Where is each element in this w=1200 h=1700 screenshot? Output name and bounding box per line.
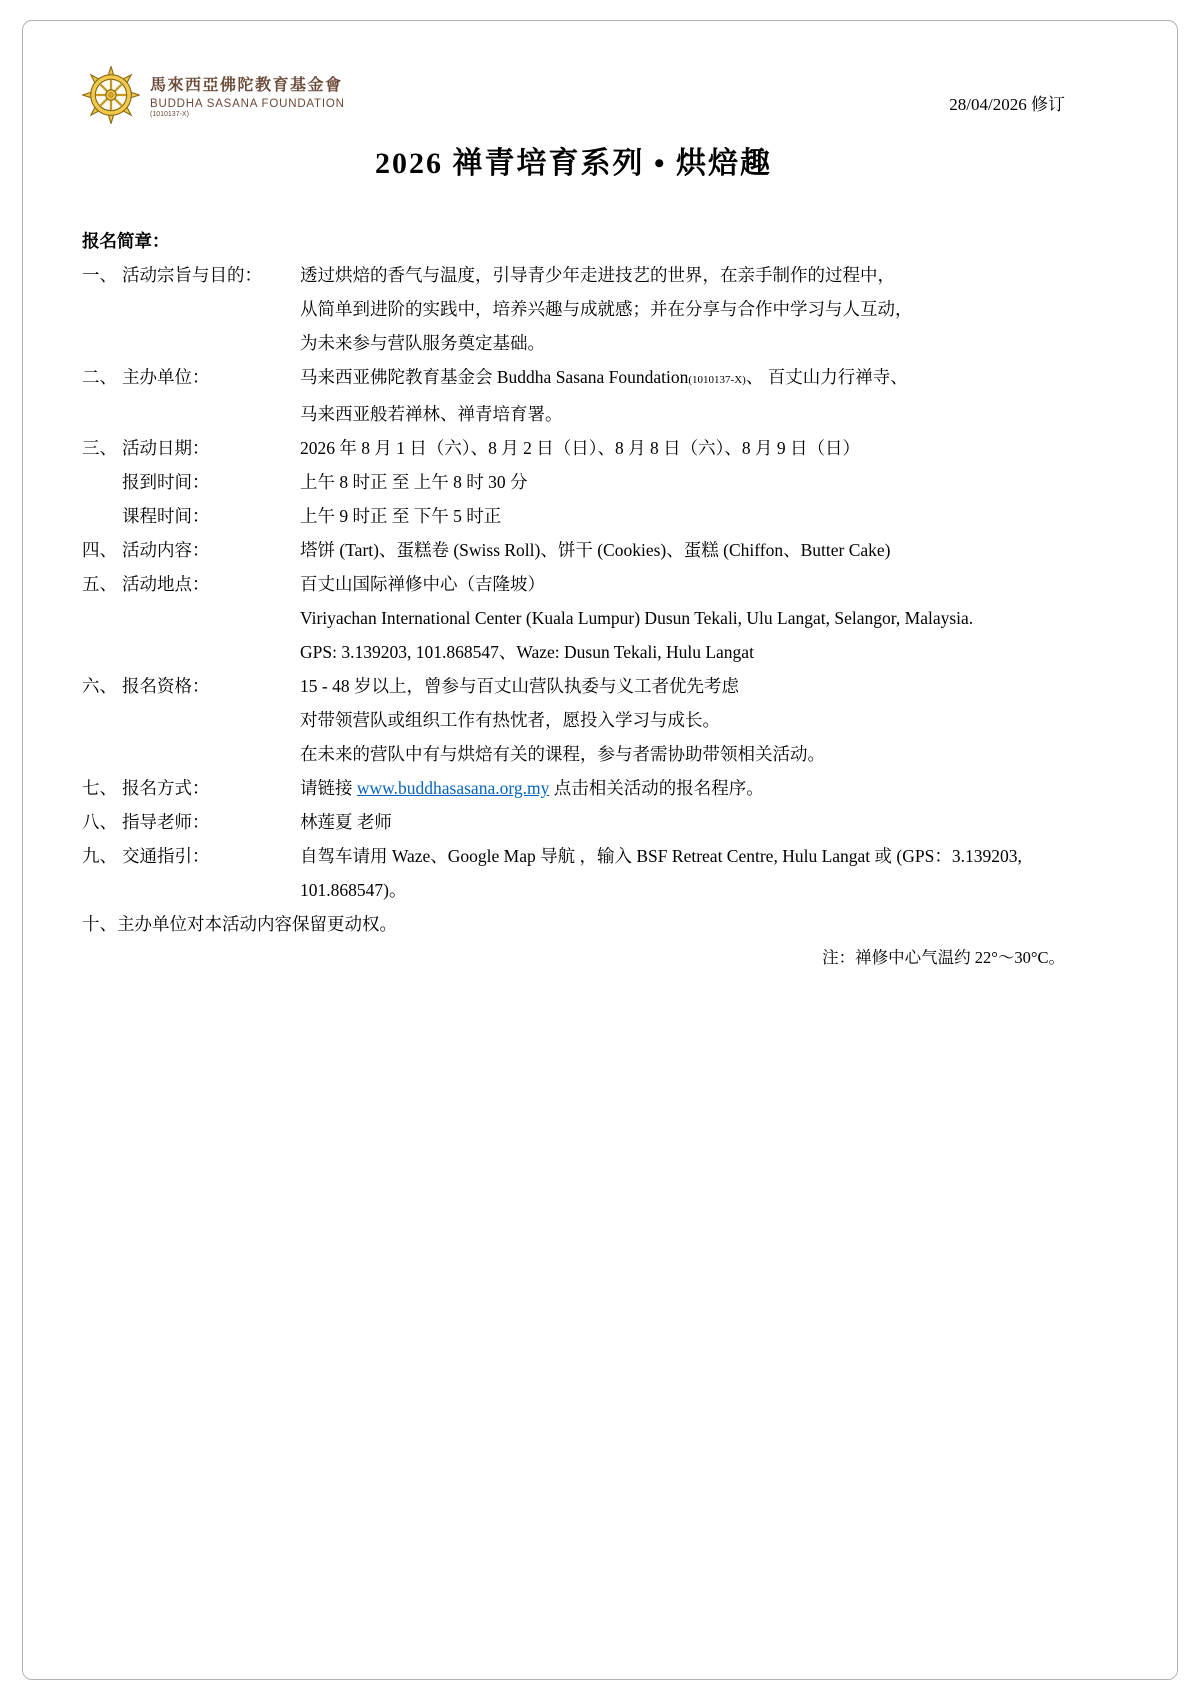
item-label: 报名资格：: [122, 669, 300, 771]
item-content: 15 - 48 岁以上，曾参与百丈山营队执委与义工者优先考虑 对带领营队或组织工…: [300, 669, 1065, 771]
organizer-text: 马来西亚佛陀教育基金会 Buddha Sasana Foundation: [300, 367, 688, 387]
document-title: 2026 禅青培育系列 • 烘焙趣: [82, 138, 1065, 182]
link-suffix: 点击相关活动的报名程序。: [549, 778, 763, 798]
text-line: 请链接 www.buddhasasana.org.my 点击相关活动的报名程序。: [300, 771, 1065, 805]
item-content: 马来西亚佛陀教育基金会 Buddha Sasana Foundation(101…: [300, 360, 1065, 431]
item-content: 林莲夏 老师: [300, 805, 1065, 839]
dharma-wheel-icon: [82, 66, 140, 124]
list-item-eligibility: 六、 报名资格： 15 - 48 岁以上，曾参与百丈山营队执委与义工者优先考虑 …: [82, 669, 1065, 771]
text-line: 透过烘焙的香气与温度，引导青少年走进技艺的世界，在亲手制作的过程中，: [300, 258, 1065, 292]
item-content: 2026 年 8 月 1 日（六）、8 月 2 日（日）、8 月 8 日（六）、…: [300, 431, 1065, 465]
item-content: 上午 9 时正 至 下午 5 时正: [300, 499, 1065, 533]
text-line: 101.868547)。: [300, 873, 1065, 907]
list-item-purpose: 一、 活动宗旨与目的： 透过烘焙的香气与温度，引导青少年走进技艺的世界，在亲手制…: [82, 258, 1065, 360]
list-item-registration: 七、 报名方式： 请链接 www.buddhasasana.org.my 点击相…: [82, 771, 1065, 805]
item-number: 三、: [82, 431, 122, 465]
item-label: 活动地点：: [122, 567, 300, 669]
list-item-course-time: 课程时间： 上午 9 时正 至 下午 5 时正: [82, 499, 1065, 533]
logo-text-block: 馬來西亞佛陀教育基金會 BUDDHA SASANA FOUNDATION (10…: [150, 72, 345, 118]
item-number: [82, 499, 122, 533]
list-item-teacher: 八、 指导老师： 林莲夏 老师: [82, 805, 1065, 839]
link-prefix: 请链接: [300, 778, 357, 798]
item-label: 交通指引：: [122, 839, 300, 907]
item-number: 六、: [82, 669, 122, 771]
item-label: 活动内容：: [122, 533, 300, 567]
item-label: 主办单位：: [122, 360, 300, 431]
list-item-checkin-time: 报到时间： 上午 8 时正 至 上午 8 时 30 分: [82, 465, 1065, 499]
item-content: 透过烘焙的香气与温度，引导青少年走进技艺的世界，在亲手制作的过程中， 从简单到进…: [300, 258, 1065, 360]
item-number: 一、: [82, 258, 122, 360]
text-line: 从简单到进阶的实践中，培养兴趣与成就感；并在分享与合作中学习与人互动，: [300, 292, 1065, 326]
rights-reserved-notice: 十、主办单位对本活动内容保留更动权。: [82, 907, 1065, 941]
text-line: 2026 年 8 月 1 日（六）、8 月 2 日（日）、8 月 8 日（六）、…: [300, 431, 1065, 465]
list-item-dates: 三、 活动日期： 2026 年 8 月 1 日（六）、8 月 2 日（日）、8 …: [82, 431, 1065, 465]
list-item-organizers: 二、 主办单位： 马来西亚佛陀教育基金会 Buddha Sasana Found…: [82, 360, 1065, 431]
org-registration-number: (1010137-X): [150, 111, 345, 118]
item-number: 五、: [82, 567, 122, 669]
organizer-text: 、 百丈山力行禅寺、: [746, 367, 908, 387]
item-number: 九、: [82, 839, 122, 907]
item-content: 百丈山国际禅修中心（吉隆坡） Viriyachan International …: [300, 567, 1065, 669]
item-label: 指导老师：: [122, 805, 300, 839]
text-line: 马来西亚佛陀教育基金会 Buddha Sasana Foundation(101…: [300, 360, 1065, 397]
org-name-chinese: 馬來西亞佛陀教育基金會: [150, 72, 345, 95]
temperature-note: 注：禅修中心气温约 22°～30°C。: [82, 941, 1065, 975]
section-heading: 报名简章：: [82, 224, 1065, 258]
item-label: 活动宗旨与目的：: [122, 258, 300, 360]
text-line: 在未来的营队中有与烘焙有关的课程，参与者需协助带领相关活动。: [300, 737, 1065, 771]
item-number: 八、: [82, 805, 122, 839]
venue-address: Viriyachan International Center (Kuala L…: [300, 601, 1065, 635]
text-line: 为未来参与营队服务奠定基础。: [300, 326, 1065, 360]
item-number: 二、: [82, 360, 122, 431]
item-label: 报到时间：: [122, 465, 300, 499]
item-content: 请链接 www.buddhasasana.org.my 点击相关活动的报名程序。: [300, 771, 1065, 805]
text-line: 上午 9 时正 至 下午 5 时正: [300, 499, 1065, 533]
page-content: 馬來西亞佛陀教育基金會 BUDDHA SASANA FOUNDATION (10…: [0, 0, 1200, 975]
document-header: 馬來西亞佛陀教育基金會 BUDDHA SASANA FOUNDATION (10…: [82, 66, 1065, 124]
revision-date: 28/04/2026 修订: [949, 90, 1065, 115]
text-line: 上午 8 时正 至 上午 8 时 30 分: [300, 465, 1065, 499]
text-line: 林莲夏 老师: [300, 805, 1065, 839]
item-content: 塔饼 (Tart)、蛋糕卷 (Swiss Roll)、饼干 (Cookies)、…: [300, 533, 1065, 567]
item-number: 四、: [82, 533, 122, 567]
item-content: 自驾车请用 Waze、Google Map 导航 ，输入 BSF Retreat…: [300, 839, 1065, 907]
venue-gps: GPS: 3.139203, 101.868547、Waze: Dusun Te…: [300, 635, 1065, 669]
list-item-activities: 四、 活动内容： 塔饼 (Tart)、蛋糕卷 (Swiss Roll)、饼干 (…: [82, 533, 1065, 567]
text-line: 百丈山国际禅修中心（吉隆坡）: [300, 567, 1065, 601]
document-page: 馬來西亞佛陀教育基金會 BUDDHA SASANA FOUNDATION (10…: [0, 0, 1200, 1700]
item-label: 活动日期：: [122, 431, 300, 465]
item-number: [82, 465, 122, 499]
registration-suffix: (1010137-X): [688, 374, 745, 386]
item-label: 报名方式：: [122, 771, 300, 805]
item-label: 课程时间：: [122, 499, 300, 533]
text-line: 塔饼 (Tart)、蛋糕卷 (Swiss Roll)、饼干 (Cookies)、…: [300, 533, 1065, 567]
text-line: 自驾车请用 Waze、Google Map 导航 ，输入 BSF Retreat…: [300, 839, 1065, 873]
list-item-directions: 九、 交通指引： 自驾车请用 Waze、Google Map 导航 ，输入 BS…: [82, 839, 1065, 907]
registration-brief: 报名简章： 一、 活动宗旨与目的： 透过烘焙的香气与温度，引导青少年走进技艺的世…: [82, 224, 1065, 975]
org-name-english: BUDDHA SASANA FOUNDATION: [150, 98, 345, 110]
item-number: 七、: [82, 771, 122, 805]
list-item-venue: 五、 活动地点： 百丈山国际禅修中心（吉隆坡） Viriyachan Inter…: [82, 567, 1065, 669]
foundation-logo: 馬來西亞佛陀教育基金會 BUDDHA SASANA FOUNDATION (10…: [82, 66, 345, 124]
text-line: 对带领营队或组织工作有热忱者，愿投入学习与成长。: [300, 703, 1065, 737]
text-line: 15 - 48 岁以上，曾参与百丈山营队执委与义工者优先考虑: [300, 669, 1065, 703]
text-line: 马来西亚般若禅林、禅青培育署。: [300, 397, 1065, 431]
registration-link[interactable]: www.buddhasasana.org.my: [357, 778, 549, 798]
item-content: 上午 8 时正 至 上午 8 时 30 分: [300, 465, 1065, 499]
